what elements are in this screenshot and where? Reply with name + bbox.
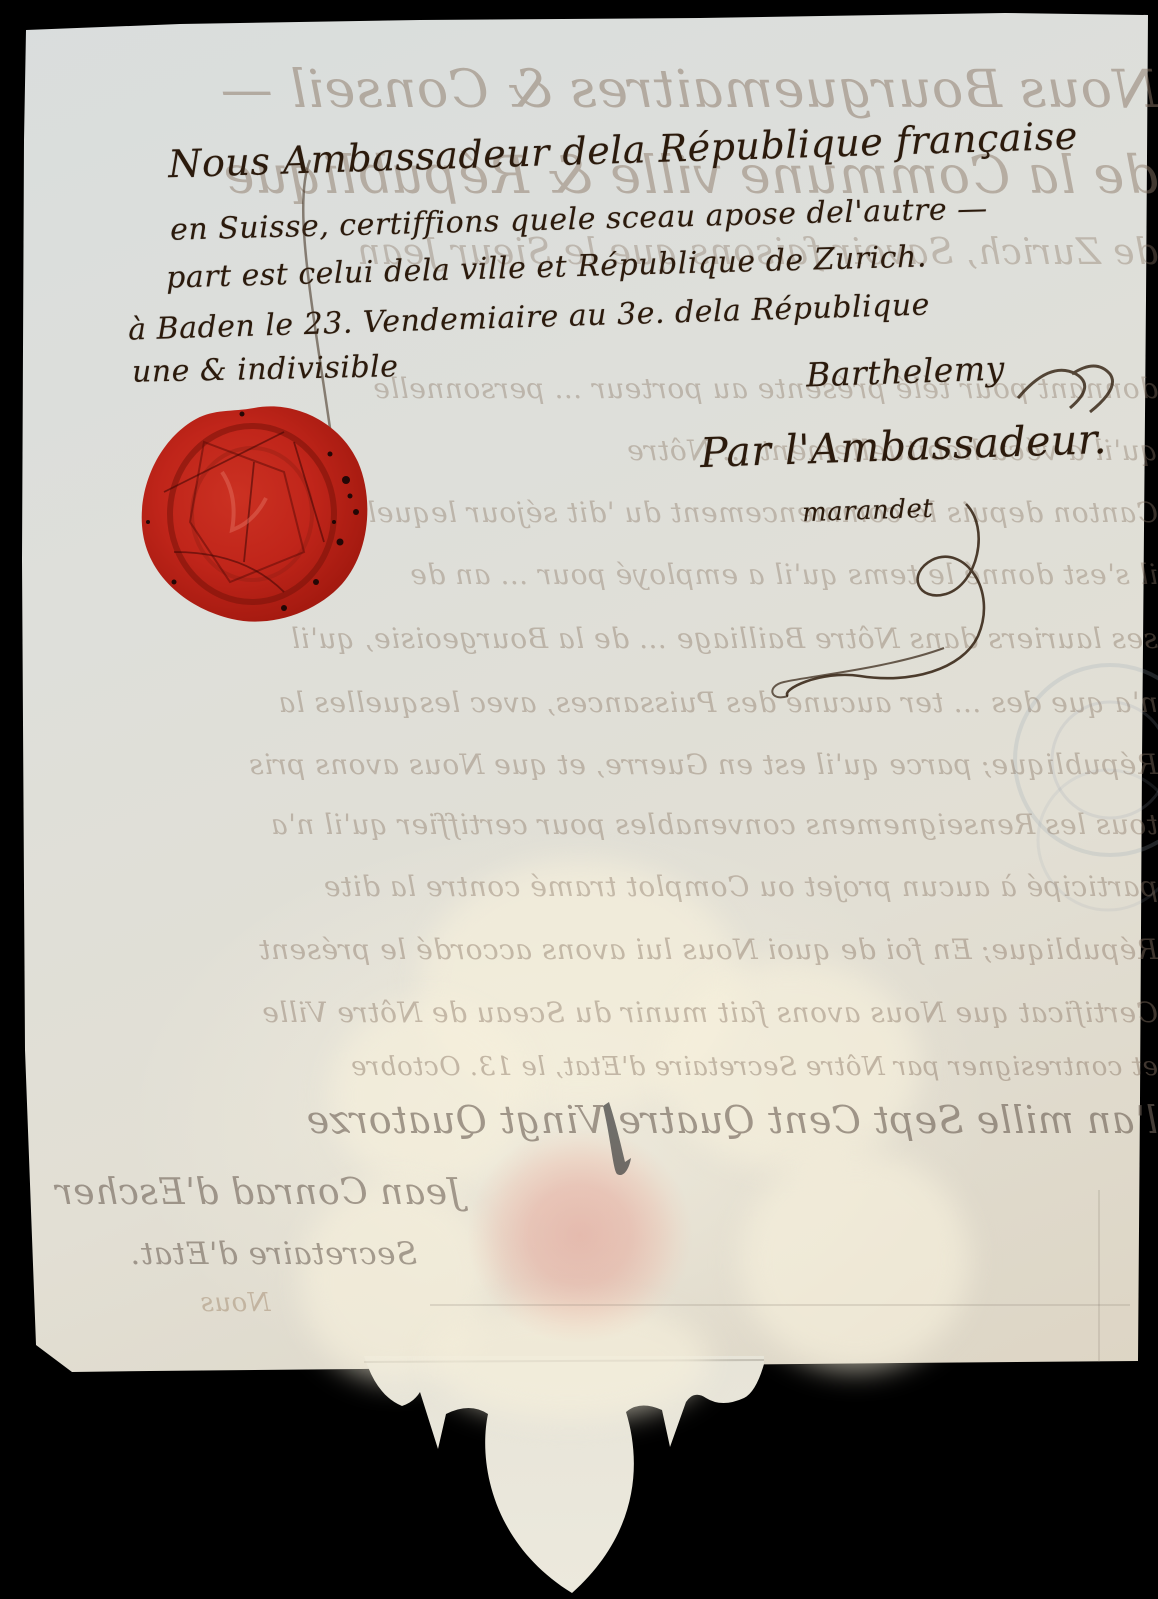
verso-body-line: Certificat que Nous avons fait munir du … [0,996,1158,1029]
verso-fragment: Nous [0,1288,1158,1318]
verso-body-line: tous les Renseignemens convenables pour … [0,808,1158,841]
verso-signature: Jean Conrad d'Escher [0,1172,1158,1213]
verso-header-line: Nous Bourguemaitres & Conseil — [0,60,1158,120]
flourish-marandet-paraph [740,498,1040,708]
verso-signature-title: Secretaire d'Etat. [0,1236,1158,1272]
red-wax-seal [134,402,380,632]
recto-signature-barthelemy: Barthelemy [805,349,1005,395]
verso-body-line: participé à aucun projet ou Complot tram… [0,870,1158,903]
pink-seal-stain [452,1112,708,1358]
crease-line [430,1304,1130,1306]
crease-line [1098,1190,1100,1362]
verso-closing-line: l'an mille Sept Cent Quatre Vingt Quator… [0,1098,1158,1142]
verso-body-line: République; En foi de quoi Nous lui avon… [0,933,1158,966]
verso-body-line: République; parce qu'il est en Guerre, e… [0,748,1158,781]
scan-background: { "document": { "kind": "handwritten man… [0,0,1158,1599]
flourish-barthelemy [1010,352,1130,462]
verso-body-line: et contresigner par Nôtre Secretaire d'E… [0,1052,1158,1082]
